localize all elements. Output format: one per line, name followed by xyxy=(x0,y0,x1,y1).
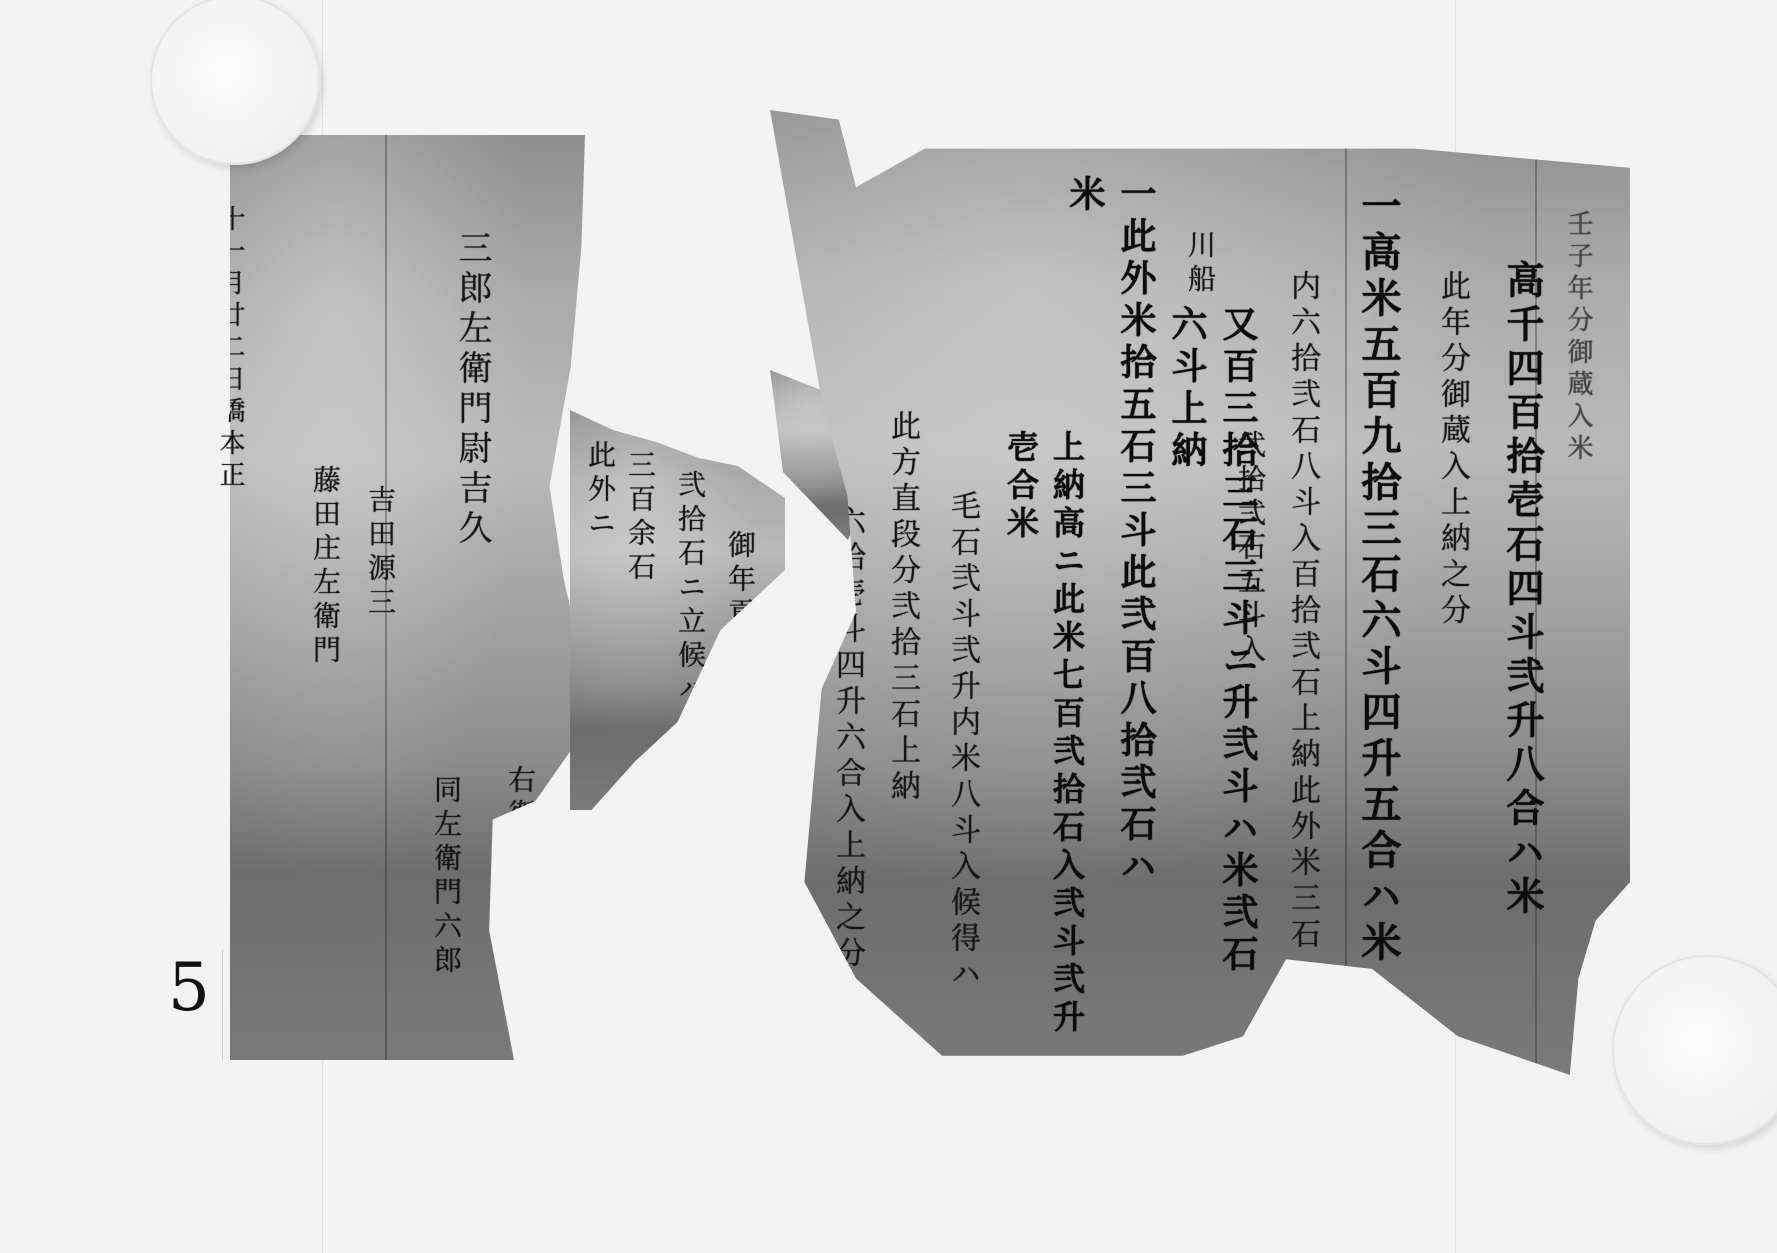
text-column: 高千四百拾壱石四斗弐升八合ハ米 xyxy=(1495,260,1550,1040)
text-column: 吉田源三 xyxy=(360,485,400,705)
paper-fragment-left-torn-edge: 此外ニ 三百余石 弐拾石ニ立候ハ 御年貢五 xyxy=(570,410,785,810)
text-column: 内六拾弐石八斗入百拾弐石上納此外米三石 xyxy=(1280,270,1324,970)
paper-weight-bottom-right xyxy=(1612,955,1777,1145)
paper-fragment-left: 十一月廿二日橋本正 三郎左衛門尉吉久 吉田源三 藤田庄左衛門 右衛門尉 同左衛門… xyxy=(230,135,585,1060)
text-column: 壬子年分御蔵入米 xyxy=(1560,210,1597,540)
text-column: 弐拾石ニ立候ハ xyxy=(670,470,710,770)
text-column: 又百三拾三石三斗ニ升弐斗ハ米弐石六斗上納 xyxy=(1162,305,1264,985)
page-number: 5 xyxy=(168,955,210,1021)
page-margin-line xyxy=(222,950,223,1060)
text-column: 上納高ニ此米七百弐拾石入弐斗弐升壱合米 xyxy=(998,430,1090,1060)
text-column: 十一月廿二日橋本正 xyxy=(212,205,249,825)
paper-fragment-right: 壬子年分御蔵入米 高千四百拾壱石四斗弐升八合ハ米 此年分御蔵入上納之分 一高米五… xyxy=(770,110,1630,1075)
text-column: 此方直段分弐拾三石上納 xyxy=(880,410,924,860)
text-column: 同左衛門六郎 xyxy=(426,775,466,1025)
text-column: 此外ニ xyxy=(580,440,620,680)
paper-weight-top-left xyxy=(150,0,320,165)
text-column: 六拾壱斗四升六合入上納之分 xyxy=(825,505,869,1025)
text-column: 三百余石 xyxy=(620,450,660,750)
text-column: 毛石弐斗弐升内米八斗入候得ハ xyxy=(940,490,984,1010)
text-column: 藤田庄左衛門 xyxy=(305,465,345,715)
text-column: 一高米五百九拾三石六斗四升五合ハ米 xyxy=(1350,185,1407,1015)
text-column: 右衛門尉 xyxy=(500,765,540,965)
text-column: 此年分御蔵入上納之分 xyxy=(1430,270,1474,690)
text-column: 川船 xyxy=(1180,230,1220,300)
text-column: 御年貢五 xyxy=(720,530,760,750)
text-column: 三郎左衛門尉吉久 xyxy=(448,230,497,750)
fold-line xyxy=(1345,110,1347,1075)
